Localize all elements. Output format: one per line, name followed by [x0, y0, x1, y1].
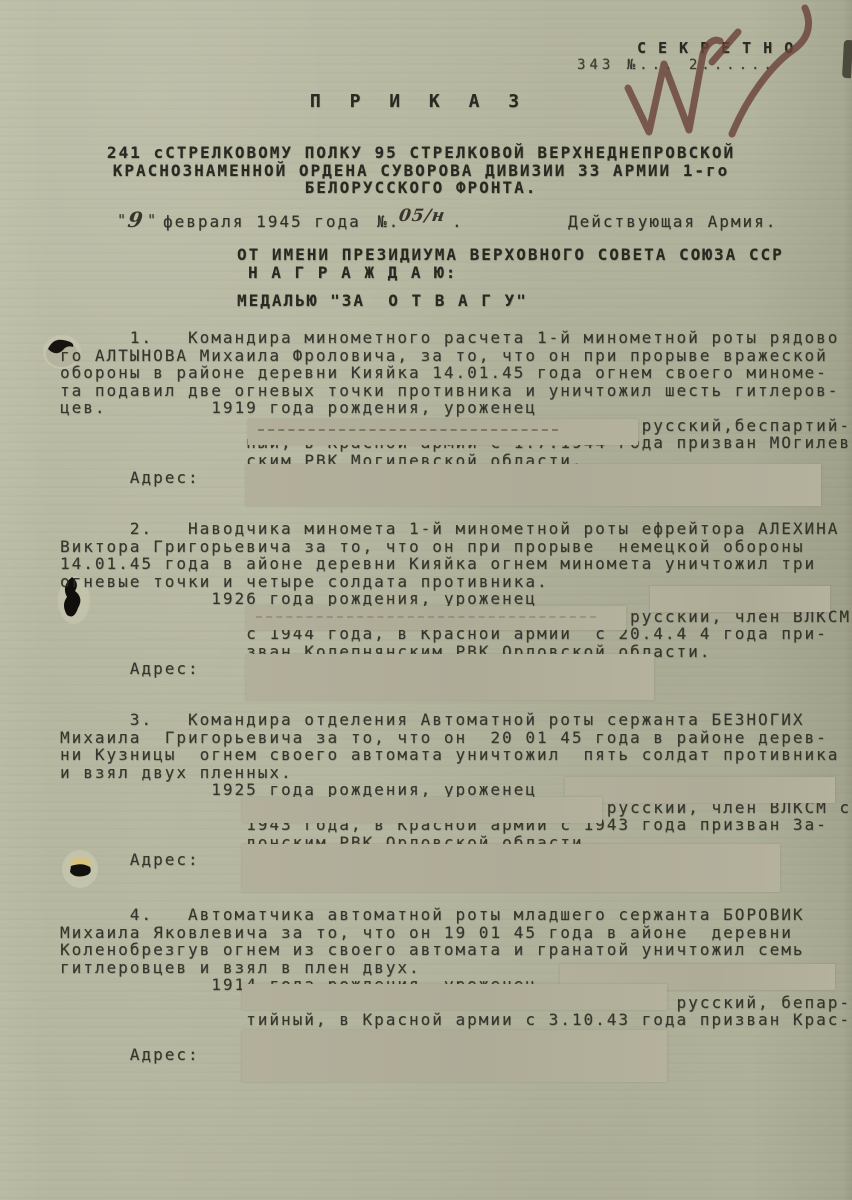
redaction-birthplace-3b [242, 797, 602, 823]
medal-line: МЕДАЛЬЮ "ЗА О Т В А Г У" [237, 292, 528, 310]
redaction-birthplace-2a [650, 586, 830, 612]
army-status: Действующая Армия. [568, 213, 777, 231]
date-quote-close: " [147, 212, 158, 230]
handwritten-order-number: 05/н [398, 206, 447, 226]
document-page: СЕКРЕТНО 343 №... 2...... П Р И К А З 24… [0, 0, 852, 1200]
handwritten-day: 9 [126, 207, 144, 232]
redaction-birthplace-4b [242, 984, 667, 1010]
preamble-line: ОТ ИМЕНИ ПРЕЗИДИУМА ВЕРХОВНОГО СОВЕТА СО… [237, 246, 784, 264]
handwritten-scrawl [560, 0, 852, 165]
redaction-dashes-2 [256, 616, 596, 618]
page-edge-mark [842, 40, 852, 78]
redaction-dashes-1 [258, 429, 558, 431]
redaction-address-2 [246, 654, 654, 700]
order-number-label: №. [377, 213, 400, 231]
redaction-address-3 [242, 844, 780, 892]
entry-1: 1. Командира минометного расчета 1-й мин… [60, 329, 852, 487]
redaction-address-4 [242, 1030, 667, 1082]
date-month-year: февраля 1945 года [163, 213, 361, 231]
redaction-birthplace-3a [565, 777, 835, 803]
redaction-address-1 [246, 464, 821, 506]
decree-line: Н А Г Р А Ж Д А Ю: [248, 264, 457, 282]
order-title: П Р И К А З [0, 93, 838, 111]
order-number-tail: . [452, 213, 464, 231]
unit-header: 241 сСТРЕЛКОВОМУ ПОЛКУ 95 СТРЕЛКОВОЙ ВЕР… [0, 144, 842, 197]
redaction-birthplace-2b [246, 606, 626, 630]
redaction-birthplace-1 [248, 419, 638, 445]
